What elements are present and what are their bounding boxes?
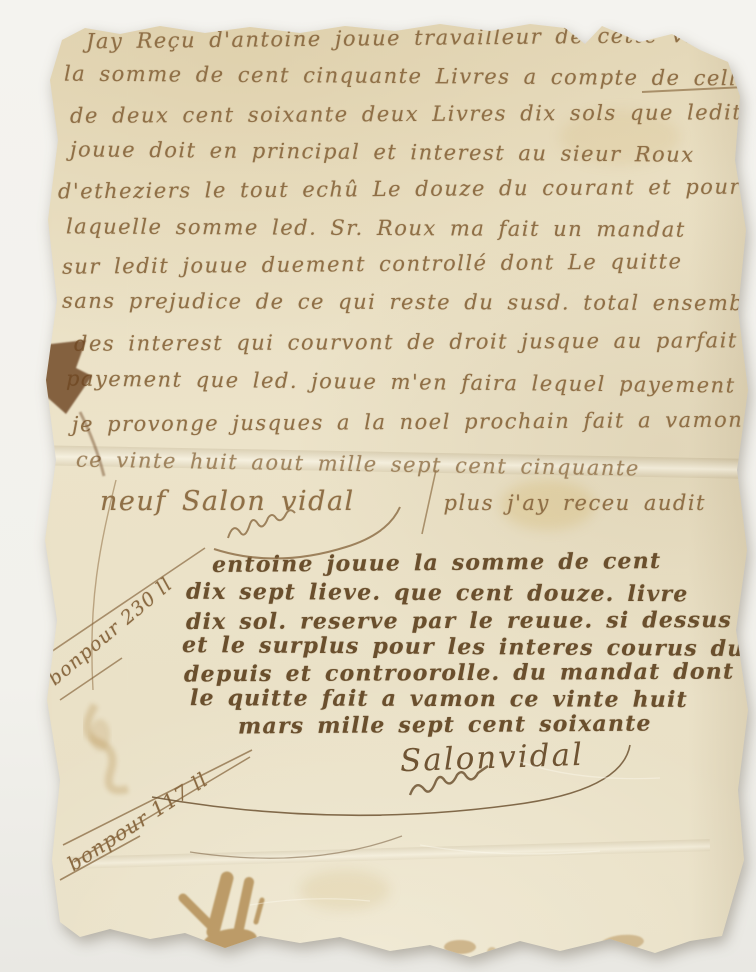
margin-note-230: bonpour 230 ll xyxy=(44,573,177,690)
stain-stroke xyxy=(183,898,212,927)
stain-dot xyxy=(487,947,497,957)
signature-salonvidal: Salonvidal xyxy=(399,737,584,779)
closing-line: neuf Salon vidal plus j'ay receu audit xyxy=(100,486,706,517)
handwritten-line: d'etheziers le tout echû Le douze du cou… xyxy=(58,175,741,204)
handwritten-line: depuis et controorolle. du mandat dont xyxy=(184,659,734,688)
handwritten-line: ce vinte huit aout mille sept cent cinqu… xyxy=(76,448,640,481)
handwritten-line: Jay Reçu d'antoine jouue travailleur de … xyxy=(86,23,724,54)
margin-note-117: bonpour 117 ll xyxy=(63,767,213,876)
wrinkle xyxy=(420,845,600,854)
stain-bottom-mid xyxy=(444,933,645,957)
handwritten-line: laquelle somme led. Sr. Roux ma fait un … xyxy=(66,214,686,241)
handwritten-line: le quitte fait a vamon ce vinte huit xyxy=(190,685,688,713)
stain-stroke xyxy=(256,900,262,922)
handwritten-line: je provonge jusques a la noel prochain f… xyxy=(72,408,743,437)
handwritten-line: jouue doit en principal et interest au s… xyxy=(70,137,695,166)
stain-blob xyxy=(202,925,259,956)
stain-stroke xyxy=(213,878,227,932)
handwritten-line: et le surplus pour les interes courus du xyxy=(182,632,745,662)
closing-line-text: plus j'ay receu audit xyxy=(444,491,706,515)
stain-smudge-left xyxy=(87,705,128,790)
handwritten-line: dix sept lieve. que cent douze. livre xyxy=(186,579,689,608)
note-rule xyxy=(42,548,205,658)
wrinkle xyxy=(250,899,370,905)
fold-crease-lower xyxy=(70,839,710,869)
paraph-underline-echo xyxy=(190,836,402,858)
wrinkle-highlights xyxy=(250,762,660,905)
handwritten-line: payement que led. jouue m'en faira leque… xyxy=(66,366,736,397)
handwritten-line: sans prejudice de ce qui reste du susd. … xyxy=(62,289,756,315)
handwritten-line: de deux cent soixante deux Livres dix so… xyxy=(70,100,742,128)
handwritten-line: mars mille sept cent soixante xyxy=(238,711,652,740)
smudge-blob xyxy=(90,719,110,751)
smudge-stroke xyxy=(87,705,128,790)
handwritten-line: des interest qui courvont de droit jusqu… xyxy=(74,328,738,355)
handwritten-line: sur ledit jouue duement controllé dont L… xyxy=(62,249,683,278)
handwritten-line: la somme de cent cinquante Livres a comp… xyxy=(64,62,751,91)
manuscript-paper: Jay Reçu d'antoine jouue travailleur de … xyxy=(0,0,756,972)
paper-shadow-wrap: Jay Reçu d'antoine jouue travailleur de … xyxy=(0,0,756,972)
stain-stroke xyxy=(237,882,249,938)
signature-salon-vidal: neuf Salon vidal xyxy=(100,486,355,517)
handwritten-line: dix sol. reserve par le reuue. si dessus xyxy=(186,607,732,635)
paper-blotch xyxy=(300,870,390,910)
scan-background: Jay Reçu d'antoine jouue travailleur de … xyxy=(0,0,756,972)
stain-blob xyxy=(599,933,644,954)
stain-blob xyxy=(444,940,476,954)
stain-bottom-left xyxy=(183,878,262,957)
handwritten-line: entoine jouue la somme de cent xyxy=(212,548,661,578)
